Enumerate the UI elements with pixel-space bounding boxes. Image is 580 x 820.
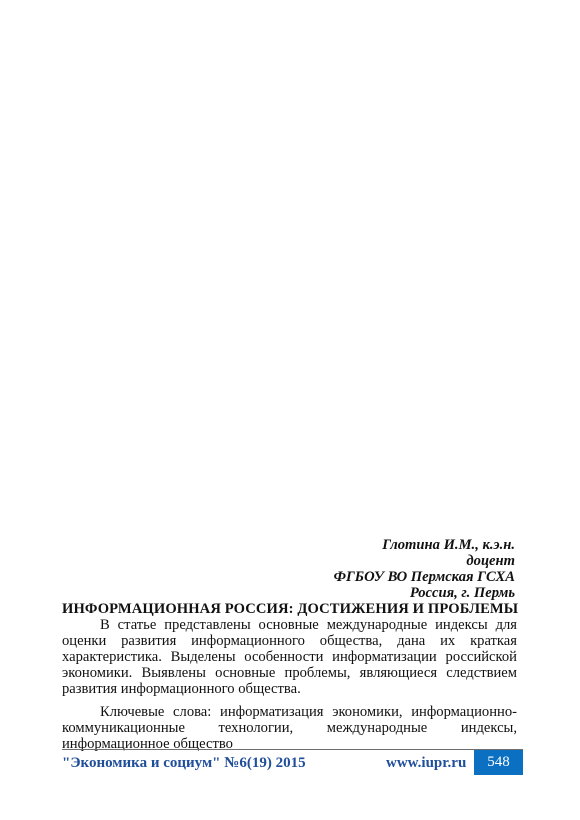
- article-content: Глотина И.М., к.э.н. доцент ФГБОУ ВО Пер…: [62, 537, 517, 752]
- footer-website-link[interactable]: www.iupr.ru: [386, 754, 466, 772]
- author-location: Россия, г. Пермь: [62, 585, 515, 601]
- author-name: Глотина И.М., к.э.н.: [62, 537, 515, 553]
- article-title: ИНФОРМАЦИОННАЯ РОССИЯ: ДОСТИЖЕНИЯ И ПРОБ…: [62, 601, 517, 617]
- abstract: В статье представлены основные междунаро…: [62, 617, 517, 697]
- page-number-badge: 548: [474, 750, 523, 775]
- author-position: доцент: [62, 553, 515, 569]
- document-page: Глотина И.М., к.э.н. доцент ФГБОУ ВО Пер…: [0, 0, 580, 820]
- keywords: Ключевые слова: информатизация экономики…: [62, 704, 517, 752]
- footer-journal-title: "Экономика и социум" №6(19) 2015: [62, 754, 306, 772]
- keywords-label: Ключевые слова:: [100, 704, 211, 720]
- author-block: Глотина И.М., к.э.н. доцент ФГБОУ ВО Пер…: [62, 537, 515, 601]
- author-organization: ФГБОУ ВО Пермская ГСХА: [62, 569, 515, 585]
- footer-divider: [62, 749, 523, 750]
